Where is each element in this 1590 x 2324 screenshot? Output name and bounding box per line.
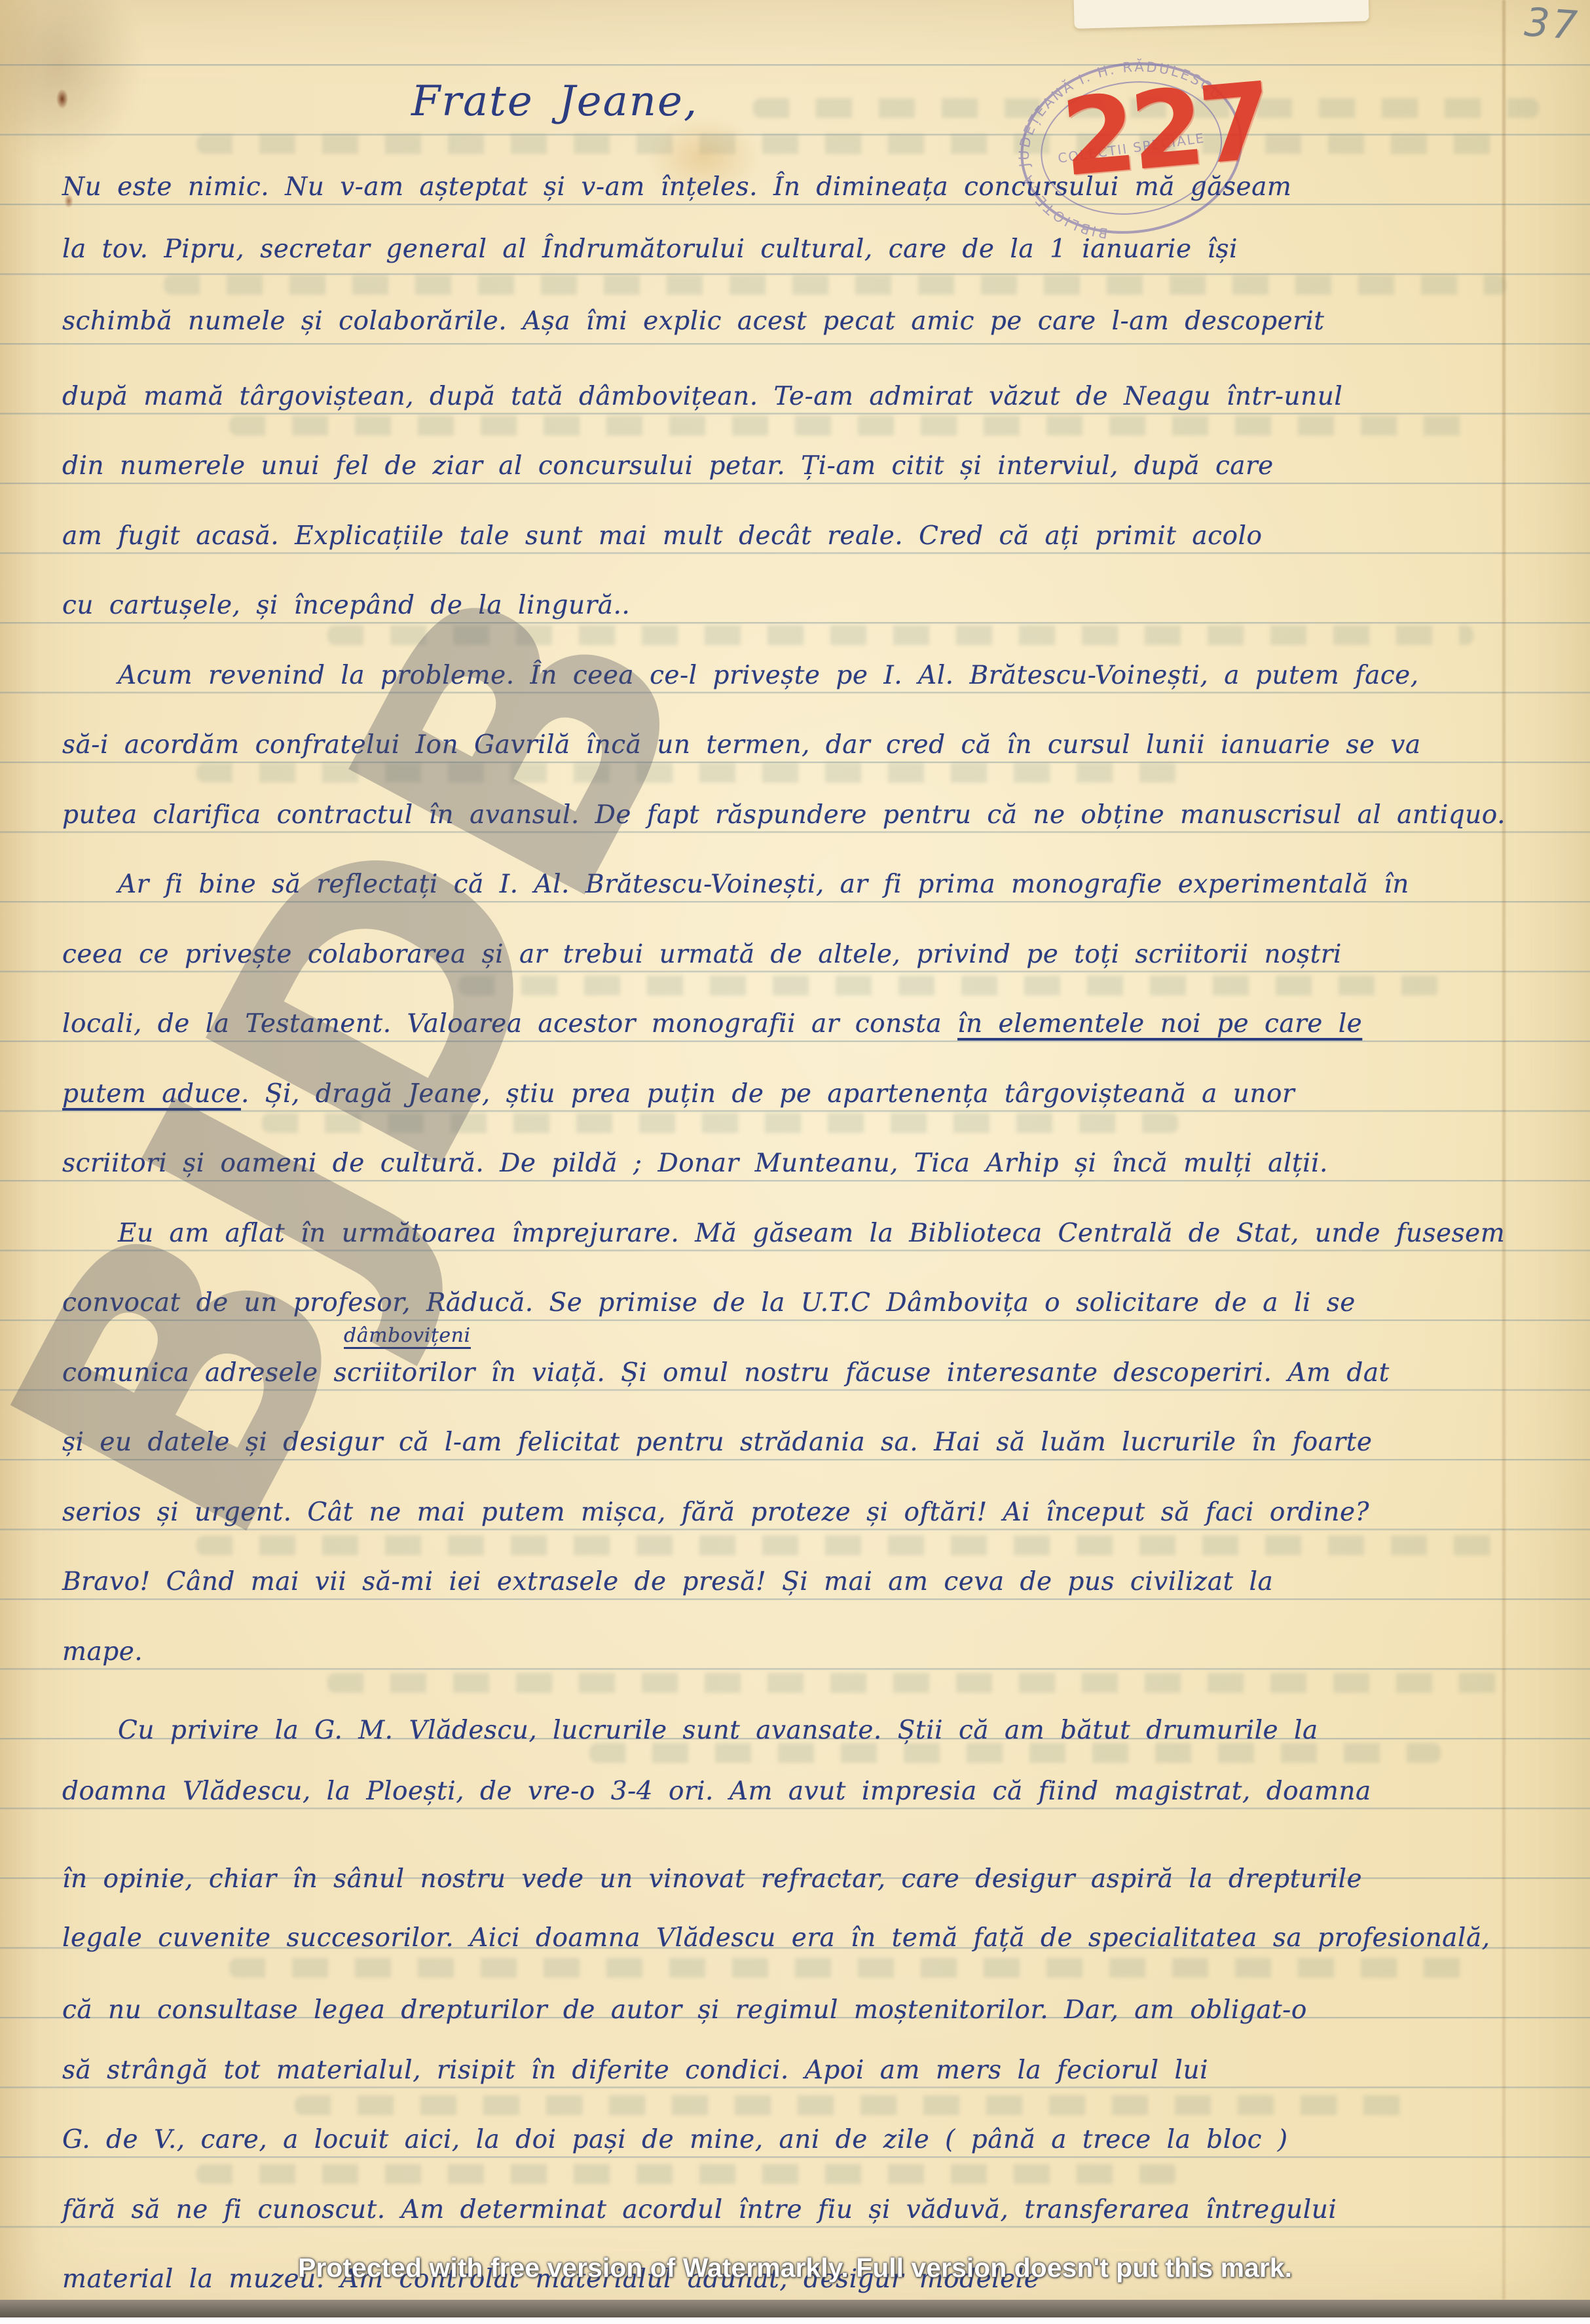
handwritten-text: Bravo! Când mai vii să-mi iei extrasele … [62,1567,1273,1596]
handwriting-line: Acum revenind la probleme. În ceea ce-l … [118,663,1419,688]
handwriting-line: fără să ne fi cunoscut. Am determinat ac… [62,2197,1337,2223]
handwriting-line: ceea ce privește colaborarea și ar trebu… [62,942,1342,967]
underlined-text: în elementele noi pe care le [957,1009,1362,1039]
handwritten-text: schimbă numele și colaborările. Așa îmi … [62,306,1324,336]
handwriting-line: că nu consultase legea drepturilor de au… [62,1997,1307,2023]
handwriting-line: și eu datele și desigur că l-am felicita… [62,1429,1372,1455]
scanned-letter-page: BIBLIOTECA JUDEȚEANĂ I. H. RĂDULESCU COL… [0,0,1590,2324]
handwritten-text: ceea ce privește colaborarea și ar trebu… [62,940,1342,969]
handwritten-text: că nu consultase legea drepturilor de au… [62,1995,1307,2025]
handwritten-text: am fugit acasă. Explicațiile tale sunt m… [62,521,1262,551]
handwritten-text: cu cartușele, și începând de la lingură.… [62,591,630,620]
handwriting-line: locali, de la Testament. Valoarea acesto… [62,1011,1362,1037]
handwriting-line: Bravo! Când mai vii să-mi iei extrasele … [62,1569,1273,1595]
handwriting-line: să-i acordăm confratelui Ion Gavrilă înc… [62,732,1421,758]
handwriting-line: comunica adresele scriitorilor în viață.… [62,1360,1390,1386]
archive-number-stamp: 227 [1058,69,1272,193]
handwritten-text: fără să ne fi cunoscut. Am determinat ac… [62,2195,1337,2224]
handwritten-text: și eu datele și desigur că l-am felicita… [62,1428,1372,1457]
handwritten-text: G. de V., care, a locuit aici, la doi pa… [62,2125,1288,2154]
page-number: 37 [1523,0,1581,49]
handwritten-text: din numerele unui fel de ziar al concurs… [62,451,1274,481]
handwriting-line: să strângă tot materialul, risipit în di… [62,2057,1208,2083]
handwriting-line: Ar fi bine să reflectați că I. Al. Brăte… [118,872,1409,897]
handwriting-line: la tov. Pipru, secretar general al Îndru… [62,236,1238,262]
handwritten-text: doamna Vlădescu, la Ploești, de vre-o 3-… [62,1777,1371,1806]
handwriting-line: scriitori și oameni de cultură. De pildă… [62,1151,1328,1176]
handwriting-line: mape. [62,1639,143,1665]
letter-body: Nu este nimic. Nu v-am așteptat și v-am … [0,0,1590,2324]
handwriting-line: Eu am aflat în următoarea împrejurare. M… [118,1221,1505,1246]
handwritten-text: legale cuvenite succesorilor. Aici doamn… [62,1923,1490,1953]
handwritten-text: în opinie, chiar în sânul nostru vede un… [62,1864,1362,1894]
handwriting-line: am fugit acasă. Explicațiile tale sunt m… [62,523,1262,549]
inserted-word: dâmbovițeni [344,1326,471,1349]
handwriting-line: legale cuvenite succesorilor. Aici doamn… [62,1925,1490,1951]
handwriting-line: serios și urgent. Cât ne mai putem mișca… [62,1500,1369,1525]
handwriting-line: din numerele unui fel de ziar al concurs… [62,453,1274,479]
handwritten-text: . Și, dragă Jeane, știu prea puțin de pe… [241,1079,1295,1109]
handwriting-line: G. de V., care, a locuit aici, la doi pa… [62,2127,1288,2152]
handwritten-text: după mamă târgoviștean, după tată dâmbov… [62,382,1342,411]
handwriting-line: doamna Vlădescu, la Ploești, de vre-o 3-… [62,1779,1371,1804]
handwritten-text: convocat de un profesor, Răducă. Se prim… [62,1288,1356,1318]
handwritten-text: Ar fi bine să reflectați că I. Al. Brăte… [118,870,1409,899]
handwritten-text: mape. [62,1637,143,1667]
handwritten-text: să-i acordăm confratelui Ion Gavrilă înc… [62,730,1421,760]
handwritten-text: scriitori și oameni de cultură. De pildă… [62,1149,1328,1178]
handwritten-text: Eu am aflat în următoarea împrejurare. M… [118,1219,1505,1248]
handwriting-line: schimbă numele și colaborările. Așa îmi … [62,308,1324,334]
handwritten-text: Cu privire la G. M. Vlădescu, lucrurile … [118,1716,1318,1745]
handwriting-line: Cu privire la G. M. Vlădescu, lucrurile … [118,1718,1318,1743]
handwriting-line: în opinie, chiar în sânul nostru vede un… [62,1866,1362,1892]
handwritten-text: locali, de la Testament. Valoarea acesto… [62,1009,957,1039]
handwritten-text: putea clarifica contractul în avansul. D… [62,800,1506,830]
handwriting-line: putem aduce. Și, dragă Jeane, știu prea … [62,1081,1295,1107]
handwritten-text: la tov. Pipru, secretar general al Îndru… [62,234,1238,264]
underlined-text: putem aduce [62,1079,241,1109]
handwritten-text: Acum revenind la probleme. În ceea ce-l … [118,661,1419,690]
handwriting-line: cu cartușele, și începând de la lingură.… [62,593,630,618]
handwriting-line: putea clarifica contractul în avansul. D… [62,802,1506,828]
handwritten-text: serios și urgent. Cât ne mai putem mișca… [62,1498,1369,1527]
handwriting-line: după mamă târgoviștean, după tată dâmbov… [62,384,1342,409]
handwriting-line: convocat de un profesor, Răducă. Se prim… [62,1290,1356,1316]
handwritten-text: să strângă tot materialul, risipit în di… [62,2056,1208,2085]
watermarkly-footer-text: Protected with free version of Watermark… [0,2253,1590,2283]
scan-edge-white [0,2317,1590,2324]
scan-edge-strip [0,2300,1590,2317]
handwritten-text: comunica adresele scriitorilor în viață.… [62,1358,1390,1388]
